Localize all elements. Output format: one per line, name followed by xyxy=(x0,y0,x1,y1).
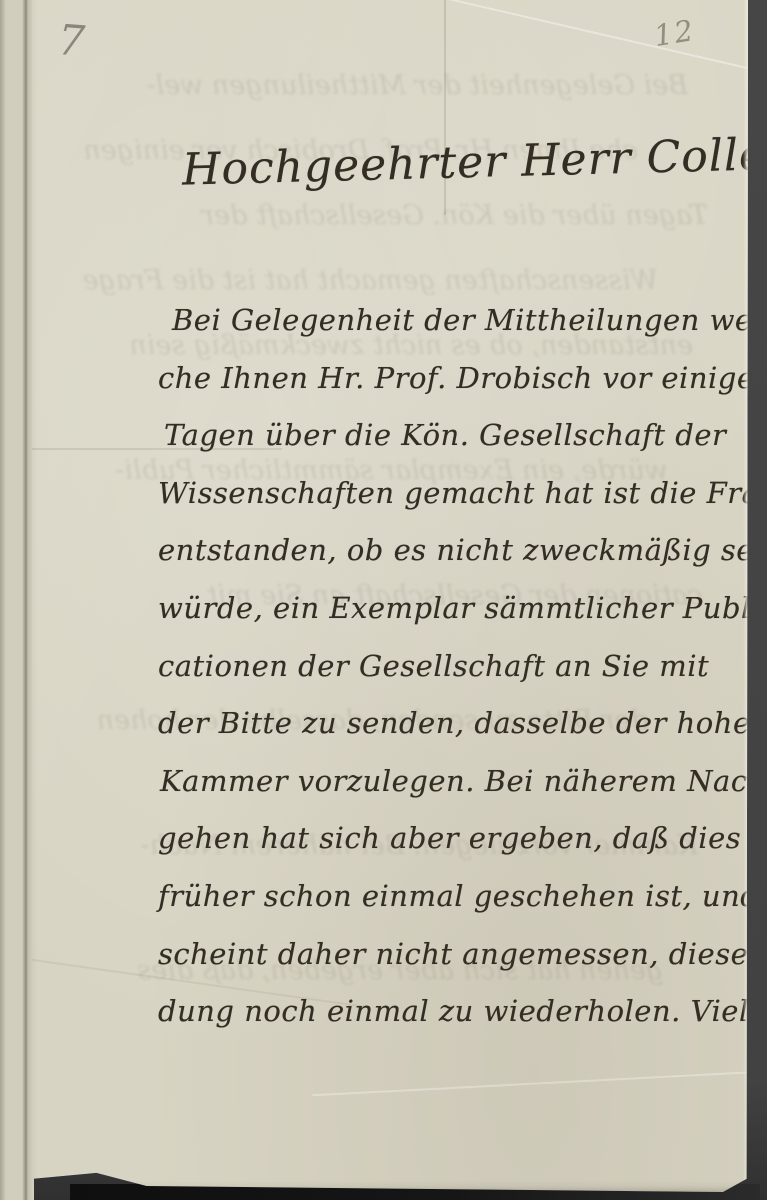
handwritten-line: früher schon einmal geschehen ist, und e… xyxy=(158,879,746,937)
bleedthrough-line: Tagen über die Kön. Gesellschaft der xyxy=(201,200,708,231)
handwritten-line: der Bitte zu senden, dasselbe der hohen xyxy=(158,706,746,764)
paper-crease xyxy=(377,0,748,80)
handwritten-line: würde, ein Exemplar sämmtlicher Publi- xyxy=(158,591,746,649)
scan-background: Bei Gelegenheit der Mittheilungen wel- c… xyxy=(0,0,767,1200)
handwritten-line: dung noch einmal zu wiederholen. Viellei… xyxy=(158,994,746,1052)
handwritten-line: Kammer vorzulegen. Bei näherem Nach- xyxy=(158,764,746,822)
paper-crease xyxy=(312,1070,748,1097)
folio-number-pencil: 7 xyxy=(56,15,86,66)
handwritten-line: cationen der Gesellschaft an Sie mit xyxy=(158,649,746,707)
bleedthrough-line: Bei Gelegenheit der Mittheilungen wel- xyxy=(146,70,688,101)
bleedthrough-line: Wissenschaften gemacht hat ist die Frage xyxy=(83,265,658,296)
bound-page-gutter-edge xyxy=(0,0,34,1200)
handwritten-line: Tagen über die Kön. Gesellschaft der xyxy=(158,418,746,476)
handwritten-line: che Ihnen Hr. Prof. Drobisch vor einigen xyxy=(158,361,746,419)
letter-page: Bei Gelegenheit der Mittheilungen wel- c… xyxy=(32,0,748,1192)
handwritten-line: Wissenschaften gemacht hat ist die Frage xyxy=(158,476,746,534)
letter-body: Bei Gelegenheit der Mittheilungen wel- c… xyxy=(158,303,746,1052)
handwritten-line: scheint daher nicht angemessen, diese Zu… xyxy=(158,937,746,995)
handwritten-line: Bei Gelegenheit der Mittheilungen wel- xyxy=(158,303,746,361)
handwritten-line: entstanden, ob es nicht zweckmäßig sein xyxy=(158,533,746,591)
page-number-pencil: 12 xyxy=(652,13,698,53)
salutation-line: Hochgeehrter Herr College, xyxy=(181,127,748,195)
handwritten-line: gehen hat sich aber ergeben, daß dies xyxy=(158,821,746,879)
